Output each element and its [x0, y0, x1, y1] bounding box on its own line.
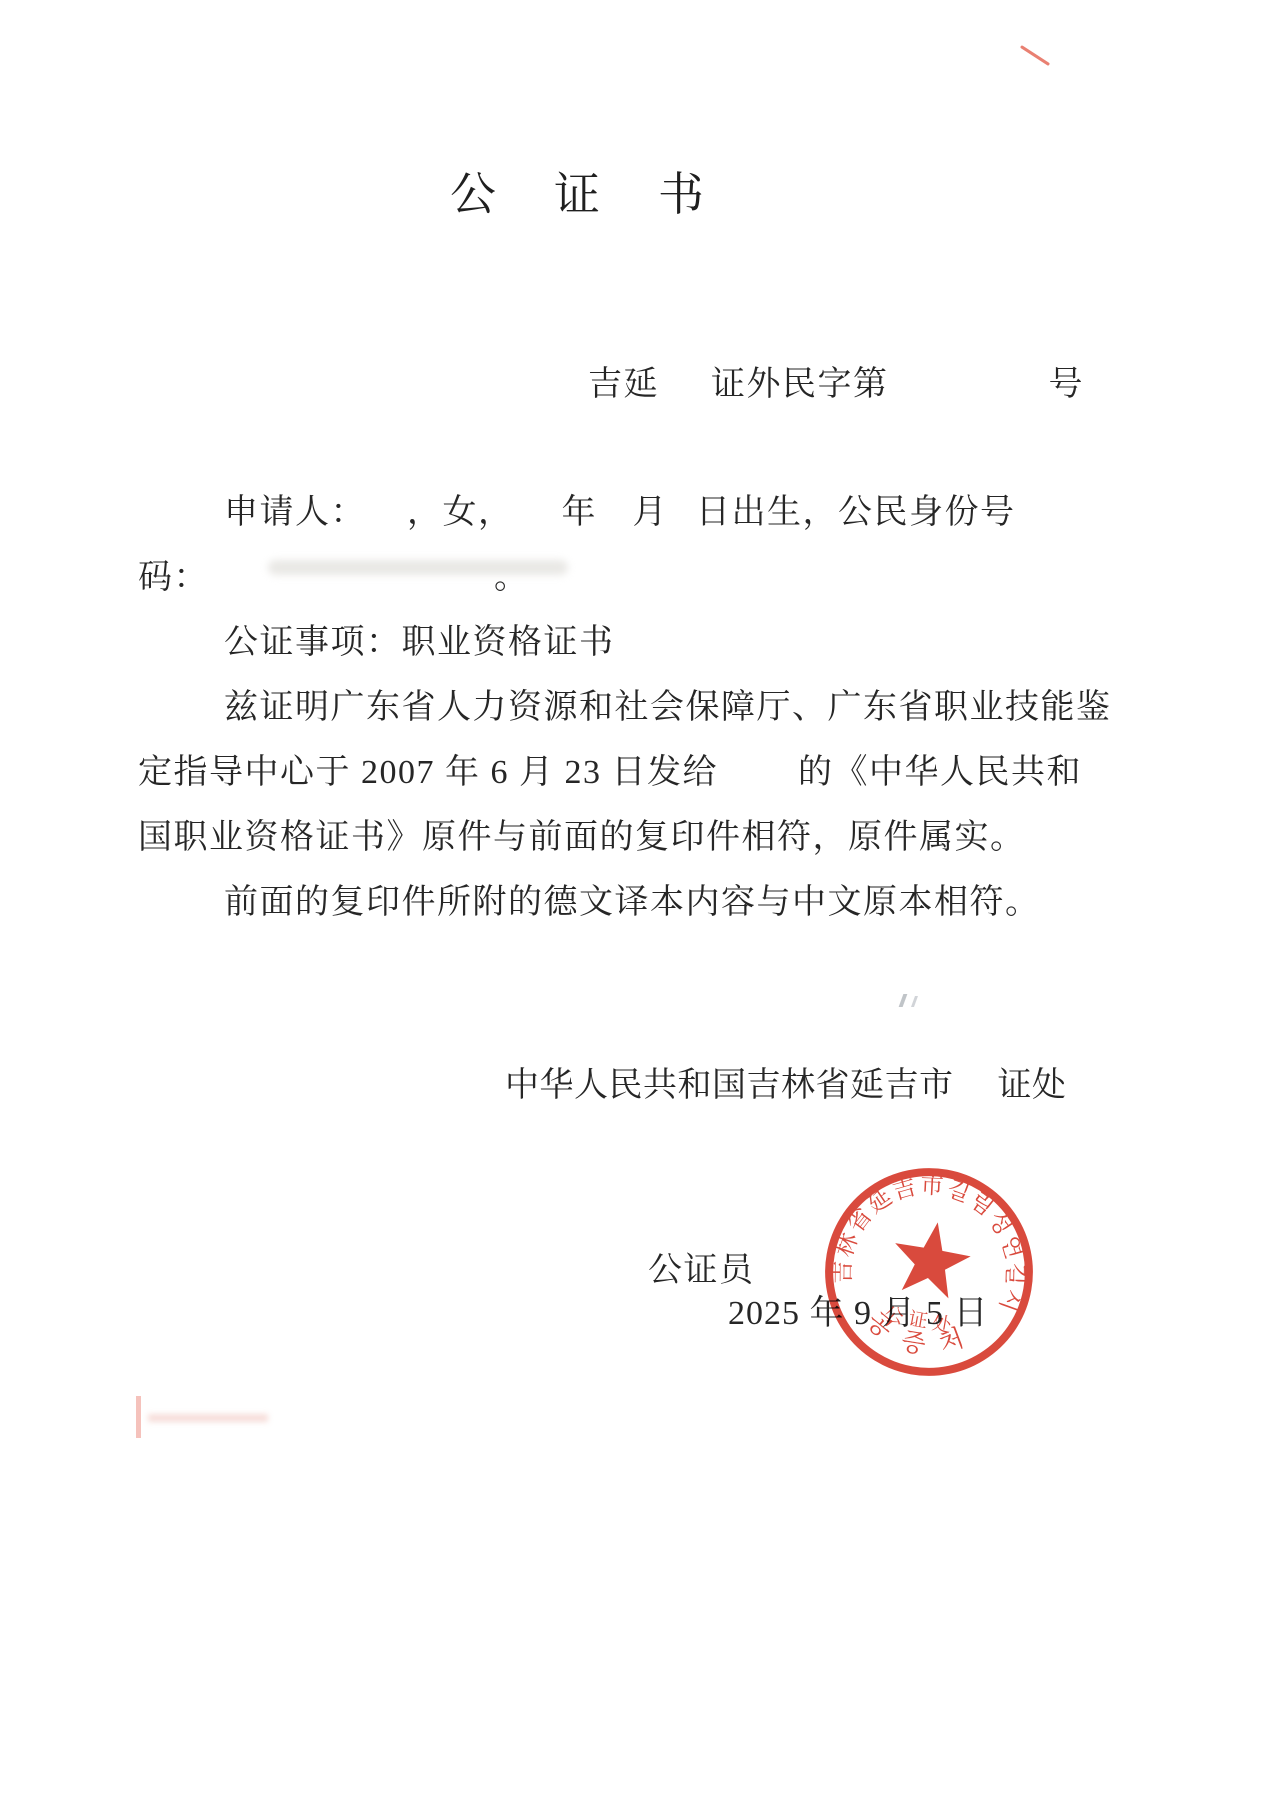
notarial-certificate-page: 公 证 书 吉延证外民字第号 申请人：，女，年 月日出生，公民身份号 码：。 公…: [0, 0, 1280, 1806]
applicant-idnumber-segment: 日出生，公民身份号: [696, 494, 1016, 531]
ref-jurisdiction: 吉延: [588, 366, 659, 403]
document-title: 公 证 书: [0, 158, 1160, 224]
body-line-2-lead: 定指导中心于 2007 年 6 月 23 日发给: [138, 754, 718, 791]
scan-artifact-gray-tick-2: [911, 996, 918, 1007]
body-line-2: 定指导中心于 2007 年 6 月 23 日发给的《中华人民共和: [138, 744, 1082, 793]
issuer-part1: 中华人民共和国吉林省延吉市: [505, 1067, 954, 1104]
applicant-line: 申请人：，女，年 月日出生，公民身份号: [224, 484, 1016, 533]
scan-artifact-pink-bar: [136, 1396, 141, 1438]
notary-seal: 吉林省延吉市길림성연길시 公证处 공 증 처: [795, 1138, 1064, 1407]
notarial-matter-line: 公证事项：职业资格证书: [224, 614, 615, 663]
id-line-terminator: 。: [494, 559, 530, 596]
body-line-2-tail: 的《中华人民共和: [798, 754, 1082, 791]
ref-series: 证外民字第: [711, 366, 889, 403]
scan-artifact-gray-tick: [899, 994, 908, 1007]
seal-star-icon: [887, 1216, 975, 1301]
applicant-gender-segment: ，女，: [407, 494, 514, 531]
reference-number-line: 吉延证外民字第号: [588, 356, 1084, 405]
issuer-office-line: 中华人民共和国吉林省延吉市证处: [505, 1057, 1067, 1106]
id-number-line: 码：。: [138, 549, 530, 598]
ref-number-suffix: 号: [1049, 366, 1085, 403]
scan-artifact-red-streak: [1020, 45, 1050, 66]
id-label: 码：: [138, 559, 192, 596]
applicant-birthdate-segment: 年 月: [562, 494, 669, 531]
notary-signature-label: 公证员: [648, 1242, 755, 1291]
scan-artifact-pink-smudge: [148, 1414, 268, 1422]
applicant-label: 申请人：: [224, 494, 349, 531]
body-line-1: 兹证明广东省人力资源和社会保障厅、广东省职业技能鉴: [224, 679, 1112, 728]
issuer-part2: 证处: [998, 1067, 1067, 1104]
body-line-4: 前面的复印件所附的德文译本内容与中文原本相符。: [224, 874, 1041, 923]
body-line-3: 国职业资格证书》原件与前面的复印件相符，原件属实。: [138, 809, 1026, 858]
